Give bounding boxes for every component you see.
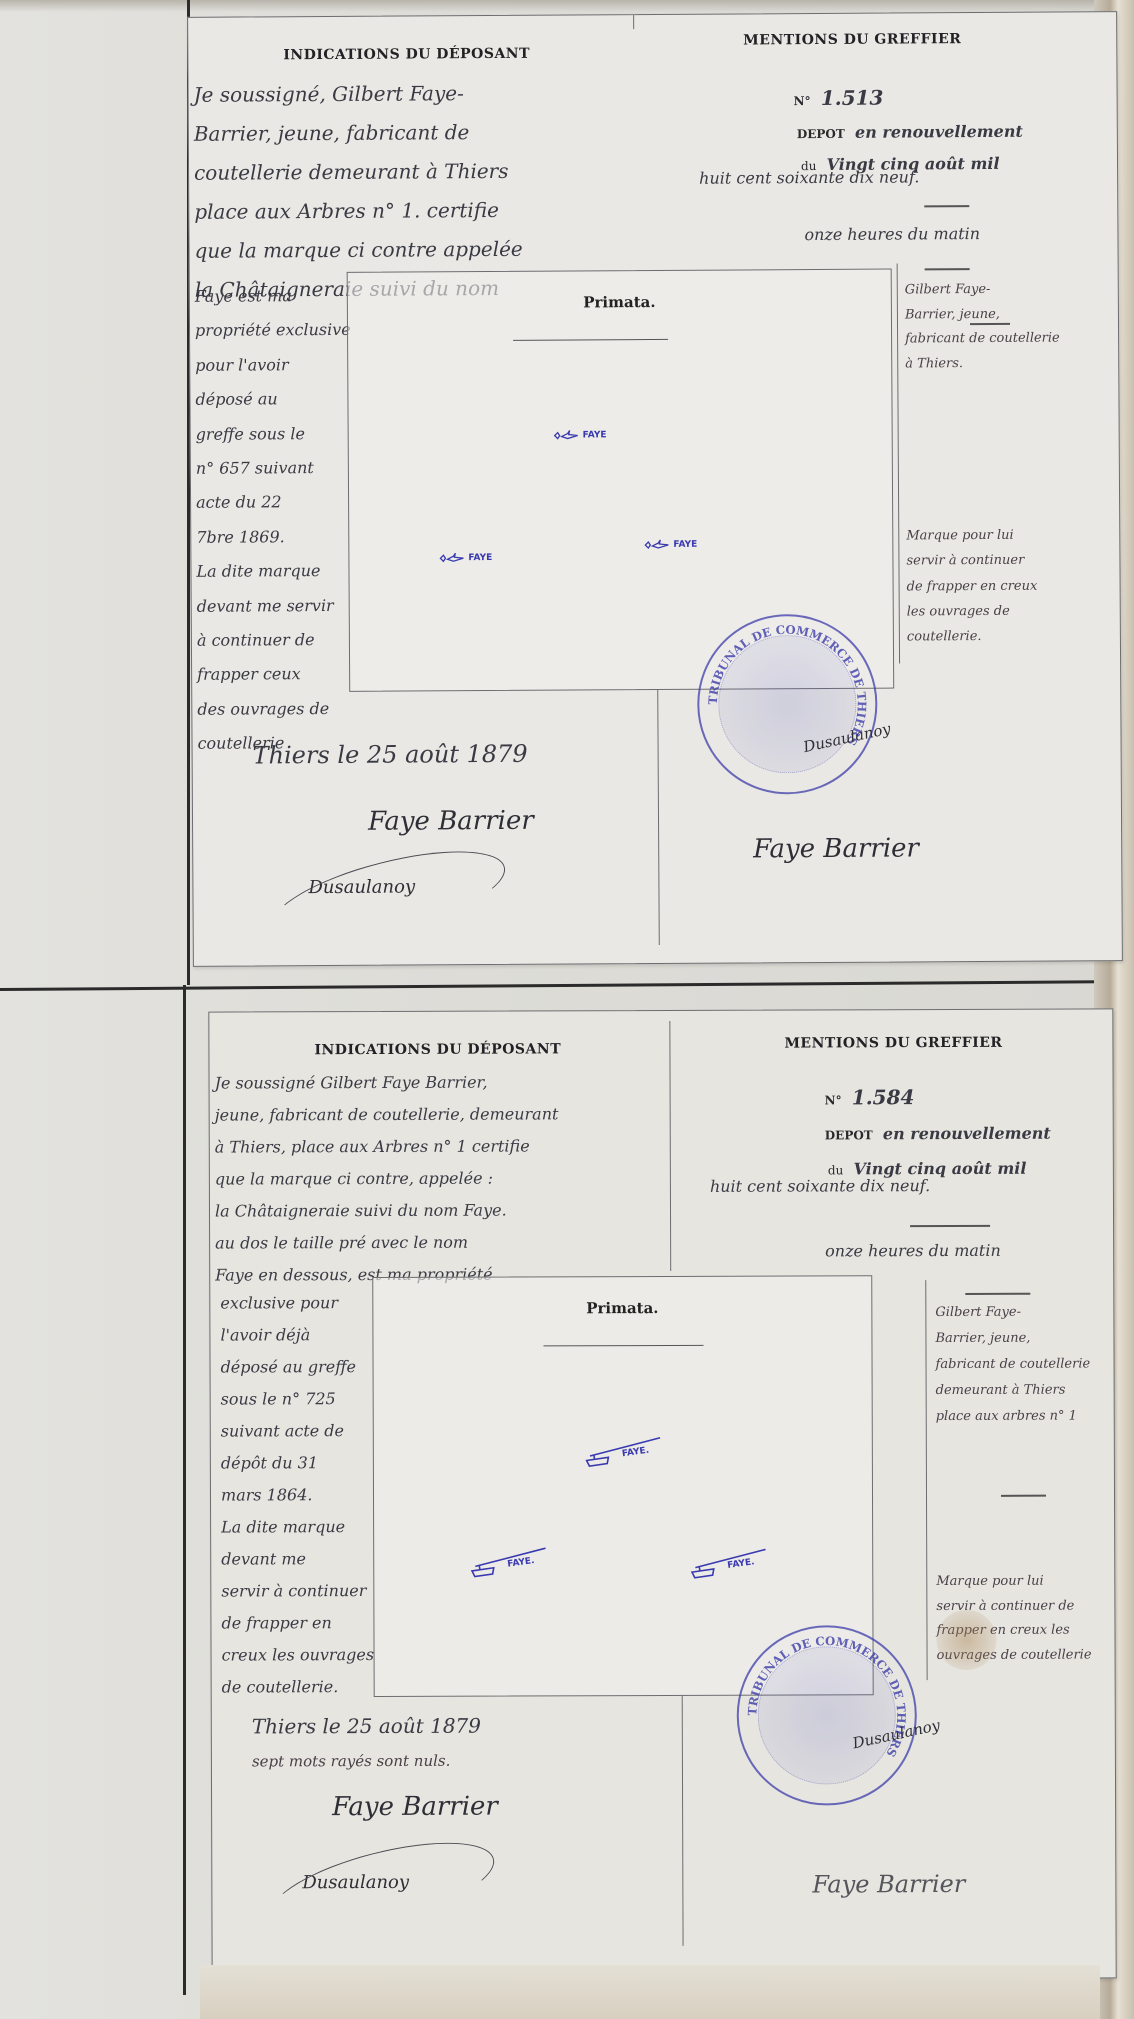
left-margin-rule-lower — [183, 985, 186, 1995]
torn-paper-edge — [200, 1965, 1100, 2019]
depositor-heading: INDICATIONS DU DÉPOSANT — [314, 1041, 561, 1058]
deposit-type: en renouvellement — [855, 122, 1023, 142]
trademark-stamp: FAYE — [439, 552, 492, 564]
deposit-number: 1.584 — [852, 1085, 915, 1109]
clerk-heading: MENTIONS DU GREFFIER — [784, 1035, 1002, 1052]
depositor-statement-side: Faye est ma propriété exclusive pour l'a… — [195, 279, 358, 761]
column-divider — [633, 15, 634, 29]
tribunal-seal: TRIBUNAL DE COMMERCE DE THIERS — [736, 1625, 917, 1806]
dash — [924, 205, 969, 207]
trademark-stamp: FAYE. — [468, 1548, 536, 1579]
dash — [1001, 1495, 1046, 1497]
dash — [910, 1225, 990, 1227]
page-top-shadow — [0, 0, 1134, 12]
number-label: N° 1.513 — [793, 79, 883, 119]
depositor-statement-side: exclusive pour l'avoir déjà déposé au gr… — [220, 1287, 376, 1704]
deposit-label: DEPOT en renouvellement — [797, 116, 1023, 149]
seal-ring-text: TRIBUNAL DE COMMERCE DE THIERS — [738, 1627, 915, 1804]
signature-column-divider — [682, 1696, 684, 1946]
clerk-note-divider — [925, 1280, 927, 1680]
number-label: N° 1.584 — [825, 1078, 915, 1117]
depositor-signature: Faye Barrier — [332, 1792, 498, 1823]
chestnut-knife-icon — [554, 429, 580, 441]
signature-flourish — [264, 833, 514, 960]
signature-column-divider — [657, 690, 660, 945]
deposit-type: en renouvellement — [883, 1124, 1051, 1144]
struck-words-note: sept mots rayés sont nuls. — [252, 1747, 451, 1777]
depositor-heading: INDICATIONS DU DÉPOSANT — [283, 46, 530, 64]
trademark-stamp: FAYE — [644, 539, 697, 551]
paper-stain — [936, 1610, 996, 1670]
clerk-name-note: Gilbert Faye- Barrier, jeune, fabricant … — [905, 277, 1076, 377]
place-date: Thiers le 25 août 1879 — [252, 731, 527, 779]
clerk-name-note: Gilbert Faye- Barrier, jeune, fabricant … — [935, 1299, 1105, 1430]
signature-flourish — [262, 1825, 502, 1949]
deposit-label: DEPOT en renouvellement — [825, 1118, 1051, 1150]
clerk-note-divider — [897, 264, 900, 664]
deposit-date-line2: huit cent soixante dix neuf. — [699, 161, 919, 194]
clerk-purpose-note: Marque pour lui servir à continuer de fr… — [906, 522, 1077, 650]
clerk-column-signature: Faye Barrier — [753, 833, 919, 864]
seal-ring-text: TRIBUNAL DE COMMERCE DE THIERS — [699, 616, 876, 793]
trademark-stamp: FAYE — [554, 429, 607, 441]
deposit-number: 1.513 — [821, 86, 884, 110]
trademark-stamp: FAYE. — [583, 1438, 651, 1469]
clerk-column-signature: Faye Barrier — [812, 1870, 965, 1899]
primata-underline — [543, 1345, 703, 1347]
deposit-form-1: INDICATIONS DU DÉPOSANT MENTIONS DU GREF… — [187, 11, 1123, 967]
place-date: Thiers le 25 août 1879 — [252, 1707, 481, 1747]
dash — [965, 1293, 1030, 1295]
deposit-time: onze heures du matin — [804, 218, 980, 250]
deposit-form-2: INDICATIONS DU DÉPOSANT MENTIONS DU GREF… — [208, 1008, 1116, 1981]
deposit-time: onze heures du matin — [825, 1235, 1001, 1267]
chestnut-knife-icon — [439, 552, 465, 564]
tribunal-seal: TRIBUNAL DE COMMERCE DE THIERS — [697, 614, 878, 795]
primata-title: Primata. — [348, 292, 891, 313]
depositor-signature: Faye Barrier — [368, 806, 534, 837]
dash — [925, 268, 970, 270]
trademark-stamp: FAYE. — [688, 1549, 756, 1580]
primata-title: Primata. — [373, 1298, 871, 1318]
chestnut-knife-icon — [644, 539, 670, 551]
deposit-date-line2: huit cent soixante dix neuf. — [710, 1170, 930, 1202]
depositor-statement-top: Je soussigné Gilbert Faye Barrier, jeune… — [215, 1066, 671, 1292]
primata-underline — [513, 339, 668, 341]
clerk-heading: MENTIONS DU GREFFIER — [743, 31, 961, 48]
